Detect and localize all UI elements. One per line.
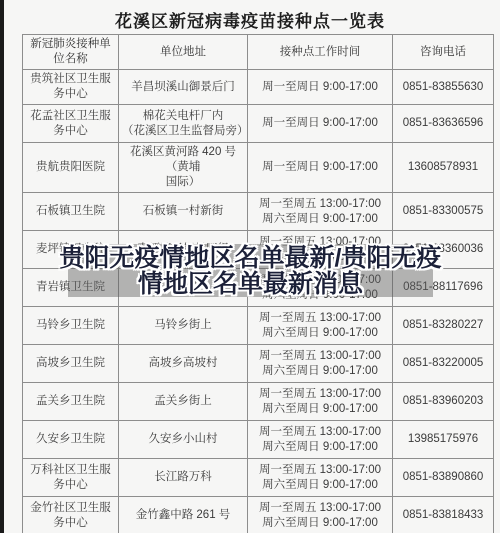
address-cell: 石板镇一村新街 [119,193,248,231]
left-edge-strip [0,0,4,533]
cell-line: 周六至周日 9:00-17:00 [251,440,389,455]
unit-name-cell: 贵筑社区卫生服务中心 [23,70,119,105]
cell-line: 周六至周日 9:00-17:00 [251,212,389,227]
cell-line: 0851-83818433 [396,508,490,523]
cell-line: 久安乡卫生院 [26,432,115,447]
phone-cell: 13985175976 [393,421,494,459]
hours-cell: 周一至周日 9:00-17:00 [248,70,393,105]
cell-line: 万科社区卫生服务中心 [26,463,115,493]
table-row: 万科社区卫生服务中心长江路万科周一至周五 13:00-17:00周六至周日 9:… [23,459,494,497]
address-cell: 羊昌坝溪山御景后门 [119,70,248,105]
cell-line: 周六至周日 9:00-17:00 [251,326,389,341]
phone-cell: 0851-83960203 [393,383,494,421]
cell-line: 周一至周五 13:00-17:00 [251,501,389,516]
cell-line: 贵筑社区卫生服务中心 [26,72,115,102]
unit-name-cell: 金竹社区卫生服务中心 [23,497,119,533]
table-row: 花孟社区卫生服务中心棉花关电杆厂内（花溪区卫生监督局旁）周一至周日 9:00-1… [23,105,494,143]
address-cell: 金竹鑫中路 261 号 [119,497,248,533]
cell-line: 石板镇卫生院 [26,204,115,219]
table-row: 石板镇卫生院石板镇一村新街周一至周五 13:00-17:00周六至周日 9:00… [23,193,494,231]
page-title: 花溪区新冠病毒疫苗接种点一览表 [0,7,500,32]
phone-cell: 0851-83890860 [393,459,494,497]
cell-line: （花溪区卫生监督局旁） [122,124,244,139]
cell-line: 高坡乡高坡村 [122,356,244,371]
header-working-hours: 接种点工作时间 [248,35,393,70]
phone-cell: 13608578931 [393,143,494,193]
cell-line: 0851-83855630 [396,80,490,95]
cell-line: 0851-83300575 [396,204,490,219]
phone-cell: 0851-83280227 [393,307,494,345]
cell-line: 周六至周日 9:00-17:00 [251,516,389,531]
cell-line: 0851-83890860 [396,470,490,485]
cell-line: 周一至周日 9:00-17:00 [251,160,389,175]
phone-cell: 0851-83855630 [393,70,494,105]
address-cell: 花溪区黄河路 420 号（黄埔国际） [119,143,248,193]
table-row: 高坡乡卫生院高坡乡高坡村周一至周五 13:00-17:00周六至周日 9:00-… [23,345,494,383]
header-unit-name: 新冠肺炎接种单位名称 [23,35,119,70]
watermark-text-line: 贵阳无疫情地区名单最新/贵阳无疫 [60,245,442,271]
cell-line: 0851-83960203 [396,394,490,409]
cell-line: 长江路万科 [122,470,244,485]
cell-line: 周一至周五 13:00-17:00 [251,311,389,326]
cell-line: 石板镇一村新街 [122,204,244,219]
hours-cell: 周一至周五 13:00-17:00周六至周日 9:00-17:00 [248,193,393,231]
hours-cell: 周一至周日 9:00-17:00 [248,105,393,143]
phone-cell: 0851-83220005 [393,345,494,383]
unit-name-cell: 石板镇卫生院 [23,193,119,231]
cell-line: 久安乡小山村 [122,432,244,447]
cell-line: 周一至周日 9:00-17:00 [251,80,389,95]
table-row: 久安乡卫生院久安乡小山村周一至周五 13:00-17:00周六至周日 9:00-… [23,421,494,459]
hours-cell: 周一至周五 13:00-17:00周六至周日 9:00-17:00 [248,421,393,459]
address-cell: 长江路万科 [119,459,248,497]
phone-cell: 0851-83636596 [393,105,494,143]
screenshot-root: 花溪区新冠病毒疫苗接种点一览表 新冠肺炎接种单位名称 单位地址 接种点工作时间 … [0,0,500,533]
hours-cell: 周一至周五 13:00-17:00周六至周日 9:00-17:00 [248,459,393,497]
table-row: 贵航贵阳医院花溪区黄河路 420 号（黄埔国际）周一至周日 9:00-17:00… [23,143,494,193]
header-phone: 咨询电话 [393,35,494,70]
cell-line: 马铃乡街上 [122,318,244,333]
cell-line: 周六至周日 9:00-17:00 [251,364,389,379]
address-cell: 马铃乡街上 [119,307,248,345]
unit-name-cell: 久安乡卫生院 [23,421,119,459]
cell-line: 周六至周日 9:00-17:00 [251,478,389,493]
unit-name-cell: 万科社区卫生服务中心 [23,459,119,497]
hours-cell: 周一至周日 9:00-17:00 [248,143,393,193]
unit-name-cell: 高坡乡卫生院 [23,345,119,383]
table-row: 孟关乡卫生院孟关乡街上周一至周五 13:00-17:00周六至周日 9:00-1… [23,383,494,421]
watermark-overlay: 贵阳无疫情地区名单最新/贵阳无疫 情地区名单最新消息 [68,244,433,297]
phone-cell: 0851-83818433 [393,497,494,533]
cell-line: 马铃乡卫生院 [26,318,115,333]
hours-cell: 周一至周五 13:00-17:00周六至周日 9:00-17:00 [248,307,393,345]
cell-line: 花溪区黄河路 420 号（黄埔 [122,145,244,175]
address-cell: 孟关乡街上 [119,383,248,421]
cell-line: 周一至周五 13:00-17:00 [251,463,389,478]
cell-line: 棉花关电杆厂内 [122,109,244,124]
cell-line: 花孟社区卫生服务中心 [26,109,115,139]
watermark-text-line: 情地区名单最新消息 [138,271,363,297]
cell-line: 金竹社区卫生服务中心 [26,501,115,531]
header-address: 单位地址 [119,35,248,70]
cell-line: 周一至周日 9:00-17:00 [251,116,389,131]
cell-line: 0851-83280227 [396,318,490,333]
cell-line: 13608578931 [396,160,490,175]
cell-line: 高坡乡卫生院 [26,356,115,371]
phone-cell: 0851-83300575 [393,193,494,231]
cell-line: 0851-83220005 [396,356,490,371]
address-cell: 久安乡小山村 [119,421,248,459]
cell-line: 孟关乡街上 [122,394,244,409]
cell-line: 周一至周五 13:00-17:00 [251,425,389,440]
cell-line: 周一至周五 13:00-17:00 [251,197,389,212]
address-cell: 棉花关电杆厂内（花溪区卫生监督局旁） [119,105,248,143]
cell-line: 孟关乡卫生院 [26,394,115,409]
table-row: 马铃乡卫生院马铃乡街上周一至周五 13:00-17:00周六至周日 9:00-1… [23,307,494,345]
cell-line: 周六至周日 9:00-17:00 [251,402,389,417]
table-body: 贵筑社区卫生服务中心羊昌坝溪山御景后门周一至周日 9:00-17:000851-… [23,70,494,533]
hours-cell: 周一至周五 13:00-17:00周六至周日 9:00-17:00 [248,497,393,533]
cell-line: 羊昌坝溪山御景后门 [122,80,244,95]
cell-line: 金竹鑫中路 261 号 [122,508,244,523]
cell-line: 周一至周五 13:00-17:00 [251,349,389,364]
unit-name-cell: 花孟社区卫生服务中心 [23,105,119,143]
unit-name-cell: 孟关乡卫生院 [23,383,119,421]
cell-line: 13985175976 [396,432,490,447]
cell-line: 0851-83636596 [396,116,490,131]
table-row: 金竹社区卫生服务中心金竹鑫中路 261 号周一至周五 13:00-17:00周六… [23,497,494,533]
hours-cell: 周一至周五 13:00-17:00周六至周日 9:00-17:00 [248,345,393,383]
cell-line: 贵航贵阳医院 [26,160,115,175]
unit-name-cell: 贵航贵阳医院 [23,143,119,193]
cell-line: 国际） [122,175,244,190]
cell-line: 周一至周五 13:00-17:00 [251,387,389,402]
table-row: 贵筑社区卫生服务中心羊昌坝溪山御景后门周一至周日 9:00-17:000851-… [23,70,494,105]
unit-name-cell: 马铃乡卫生院 [23,307,119,345]
table-header-row: 新冠肺炎接种单位名称 单位地址 接种点工作时间 咨询电话 [23,35,494,70]
hours-cell: 周一至周五 13:00-17:00周六至周日 9:00-17:00 [248,383,393,421]
address-cell: 高坡乡高坡村 [119,345,248,383]
